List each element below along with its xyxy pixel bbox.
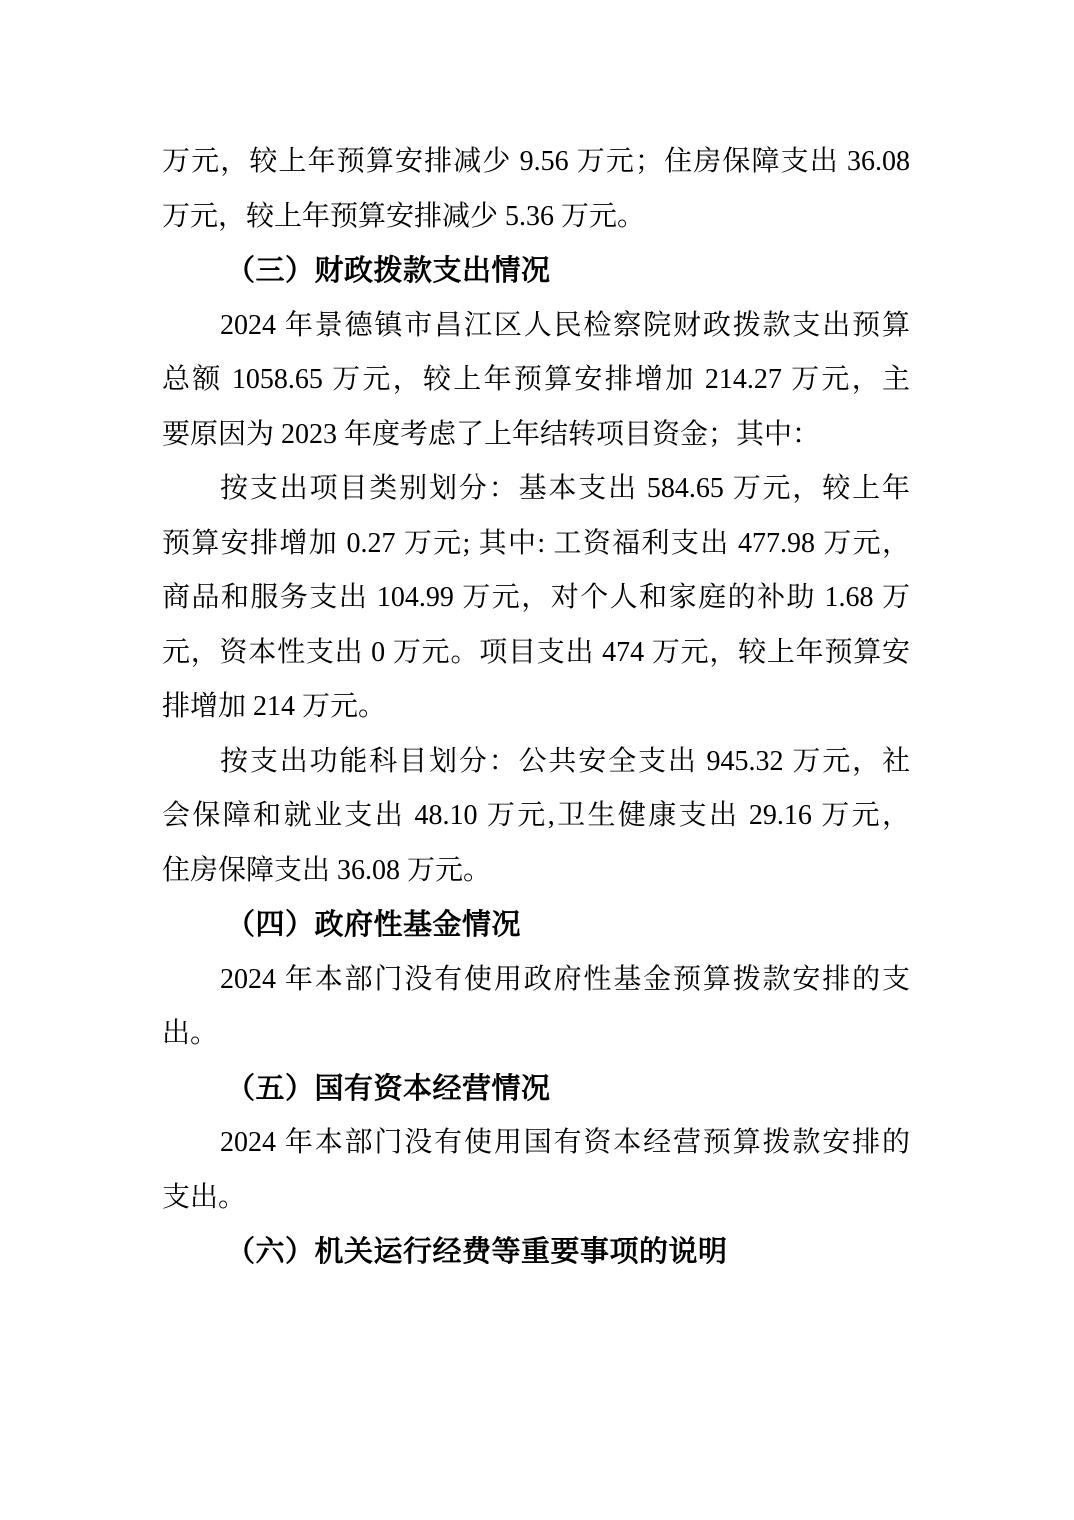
text-line: 排增加 214 万元。 [162,680,910,735]
text-line: 万元，较上年预算安排减少 5.36 万元。 [162,190,910,245]
text-line: 预算安排增加 0.27 万元; 其中: 工资福利支出 477.98 万元， [162,517,910,572]
text-line: 按支出项目类别划分：基本支出 584.65 万元，较上年 [162,462,910,517]
text-line: 万元，较上年预算安排减少 9.56 万元；住房保障支出 36.08 [162,135,910,190]
document-page: 万元，较上年预算安排减少 9.56 万元；住房保障支出 36.08万元，较上年预… [0,0,1074,1520]
text-column: 万元，较上年预算安排减少 9.56 万元；住房保障支出 36.08万元，较上年预… [162,135,910,1280]
text-line: 按支出功能科目划分：公共安全支出 945.32 万元，社 [162,735,910,790]
section-heading: （六）机关运行经费等重要事项的说明 [162,1225,910,1280]
text-line: 住房保障支出 36.08 万元。 [162,844,910,899]
section-heading: （五）国有资本经营情况 [162,1062,910,1117]
text-line: 2024 年本部门没有使用政府性基金预算拨款安排的支 [162,953,910,1008]
text-line: 要原因为 2023 年度考虑了上年结转项目资金；其中： [162,408,910,463]
text-line: 2024 年景德镇市昌江区人民检察院财政拨款支出预算 [162,299,910,354]
text-line: 总额 1058.65 万元，较上年预算安排增加 214.27 万元，主 [162,353,910,408]
text-line: 元，资本性支出 0 万元。项目支出 474 万元，较上年预算安 [162,626,910,681]
text-line: 会保障和就业支出 48.10 万元,卫生健康支出 29.16 万元， [162,789,910,844]
text-line: 2024 年本部门没有使用国有资本经营预算拨款安排的 [162,1116,910,1171]
section-heading: （三）财政拨款支出情况 [162,244,910,299]
text-line: 支出。 [162,1171,910,1226]
section-heading: （四）政府性基金情况 [162,898,910,953]
text-line: 出。 [162,1007,910,1062]
text-line: 商品和服务支出 104.99 万元，对个人和家庭的补助 1.68 万 [162,571,910,626]
